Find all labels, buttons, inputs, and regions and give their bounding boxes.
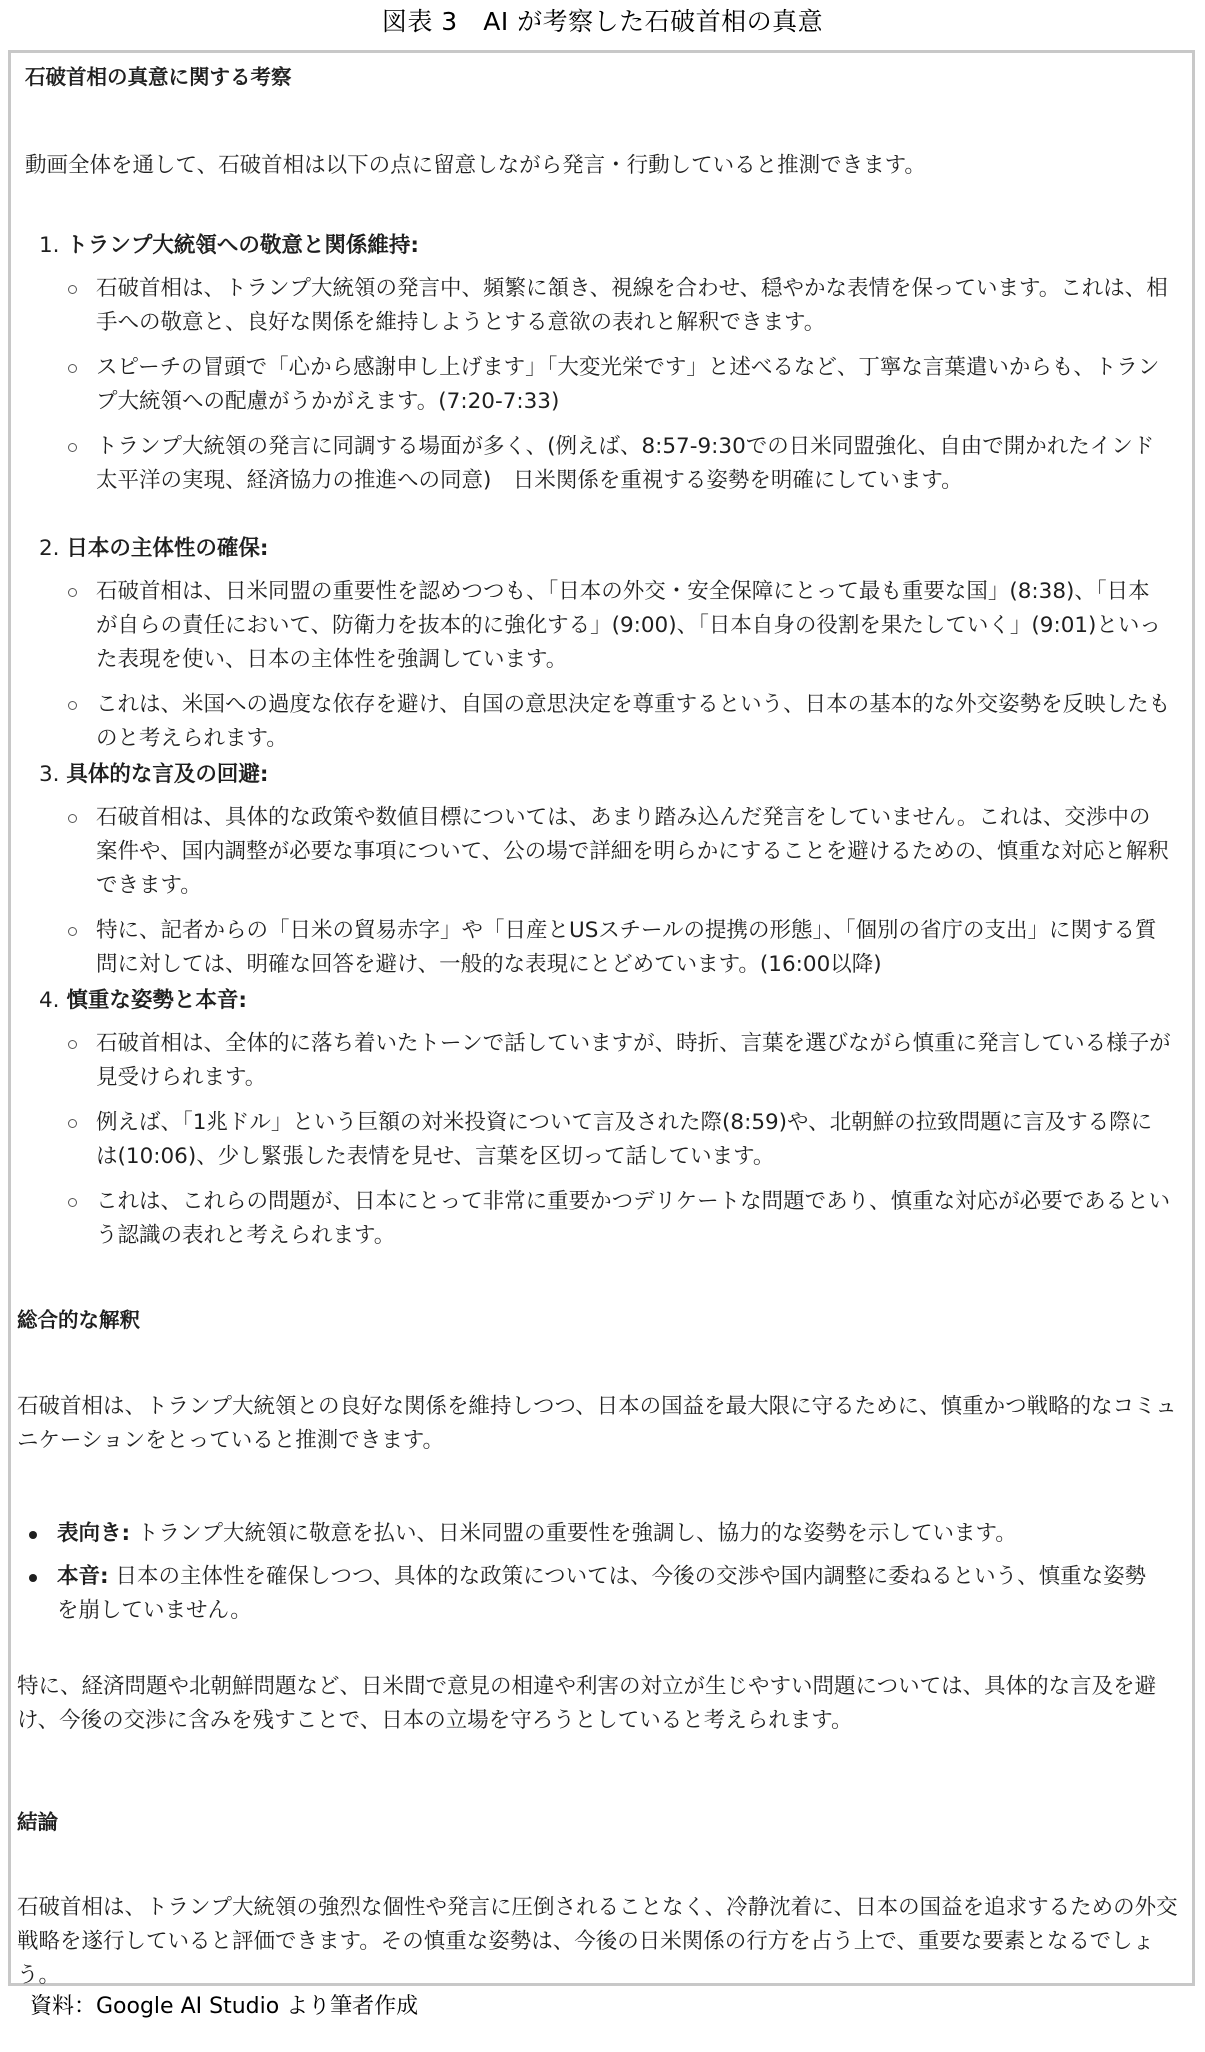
section-number: 1.: [39, 233, 60, 258]
circle-bullet-icon: [68, 701, 77, 710]
list-item: 石破首相は、トランプ大統領の発言中、頻繁に頷き、視線を合わせ、穏やかな表情を保っ…: [96, 272, 1171, 340]
bullet-item-honne: 本音: 日本の主体性を確保しつつ、具体的な政策については、今後の交渉や国内調整に…: [57, 1560, 1157, 1628]
section-title: 具体的な言及の回避:: [66, 762, 268, 787]
bullet-label: 本音:: [57, 1564, 109, 1589]
section-2-title: 2. 日本の主体性の確保:: [39, 532, 268, 566]
circle-bullet-icon: [68, 285, 77, 294]
bullet-label: 表向き:: [57, 1521, 130, 1546]
list-item: 石破首相は、日米同盟の重要性を認めつつも、「日本の外交・安全保障にとって最も重要…: [96, 575, 1171, 677]
circle-bullet-icon: [68, 927, 77, 936]
list-item: スピーチの冒頭で「心から感謝申し上げます」「大変光栄です」と述べるなど、丁寧な言…: [96, 351, 1171, 419]
section-3-title: 3. 具体的な言及の回避:: [39, 758, 268, 792]
document-heading: 石破首相の真意に関する考察: [25, 60, 292, 94]
response-content: 石破首相の真意に関する考察 動画全体を通して、石破首相は以下の点に留意しながら発…: [11, 53, 1192, 1983]
section-title: 慎重な姿勢と本音:: [66, 988, 247, 1013]
list-item: 例えば、「1兆ドル」という巨額の対米投資について言及された際(8:59)や、北朝…: [96, 1106, 1171, 1174]
overall-paragraph-2: 特に、経済問題や北朝鮮問題など、日米間で意見の相違や利害の対立が生じやすい問題に…: [17, 1670, 1185, 1738]
list-item: これは、これらの問題が、日本にとって非常に重要かつデリケートな問題であり、慎重な…: [96, 1185, 1171, 1253]
section-title: 日本の主体性の確保:: [66, 536, 268, 561]
section-4-title: 4. 慎重な姿勢と本音:: [39, 984, 247, 1018]
circle-bullet-icon: [68, 1198, 77, 1207]
circle-bullet-icon: [68, 443, 77, 452]
section-number: 3.: [39, 762, 60, 787]
intro-paragraph: 動画全体を通して、石破首相は以下の点に留意しながら発言・行動していると推測できま…: [25, 149, 926, 183]
overall-heading: 総合的な解釈: [17, 1303, 140, 1337]
circle-bullet-icon: [68, 814, 77, 823]
list-item: 石破首相は、具体的な政策や数値目標については、あまり踏み込んだ発言をしていません…: [96, 801, 1171, 903]
overall-paragraph: 石破首相は、トランプ大統領との良好な関係を維持しつつ、日本の国益を最大限に守るた…: [17, 1390, 1182, 1458]
circle-bullet-icon: [68, 1119, 77, 1128]
bullet-dot-icon: [29, 1531, 37, 1539]
list-item: これは、米国への過度な依存を避け、自国の意思決定を尊重するという、日本の基本的な…: [96, 688, 1171, 756]
list-item: 石破首相は、全体的に落ち着いたトーンで話していますが、時折、言葉を選びながら慎重…: [96, 1027, 1171, 1095]
list-item: トランプ大統領の発言に同調する場面が多く、(例えば、8:57-9:30での日米同…: [96, 430, 1171, 498]
conclusion-paragraph: 石破首相は、トランプ大統領の強烈な個性や発言に圧倒されることなく、冷静沈着に、日…: [17, 1891, 1185, 1993]
bullet-item-omote: 表向き: トランプ大統領に敬意を払い、日米同盟の重要性を強調し、協力的な姿勢を示…: [57, 1517, 1157, 1551]
circle-bullet-icon: [68, 364, 77, 373]
section-number: 4.: [39, 988, 60, 1013]
figure-caption: 資料：Google AI Studio より筆者作成: [30, 1990, 418, 2024]
circle-bullet-icon: [68, 1040, 77, 1049]
figure-title: 図表 3 AI が考察した石破首相の真意: [0, 4, 1205, 40]
section-number: 2.: [39, 536, 60, 561]
ai-response-box: 石破首相の真意に関する考察 動画全体を通して、石破首相は以下の点に留意しながら発…: [8, 50, 1195, 1986]
section-1-title: 1. トランプ大統領への敬意と関係維持:: [39, 229, 419, 263]
bullet-dot-icon: [29, 1574, 37, 1582]
circle-bullet-icon: [68, 588, 77, 597]
list-item: 特に、記者からの「日米の貿易赤字」や「日産とUSスチールの提携の形態」、「個別の…: [96, 914, 1171, 982]
conclusion-heading: 結論: [17, 1805, 58, 1839]
section-title: トランプ大統領への敬意と関係維持:: [66, 233, 419, 258]
